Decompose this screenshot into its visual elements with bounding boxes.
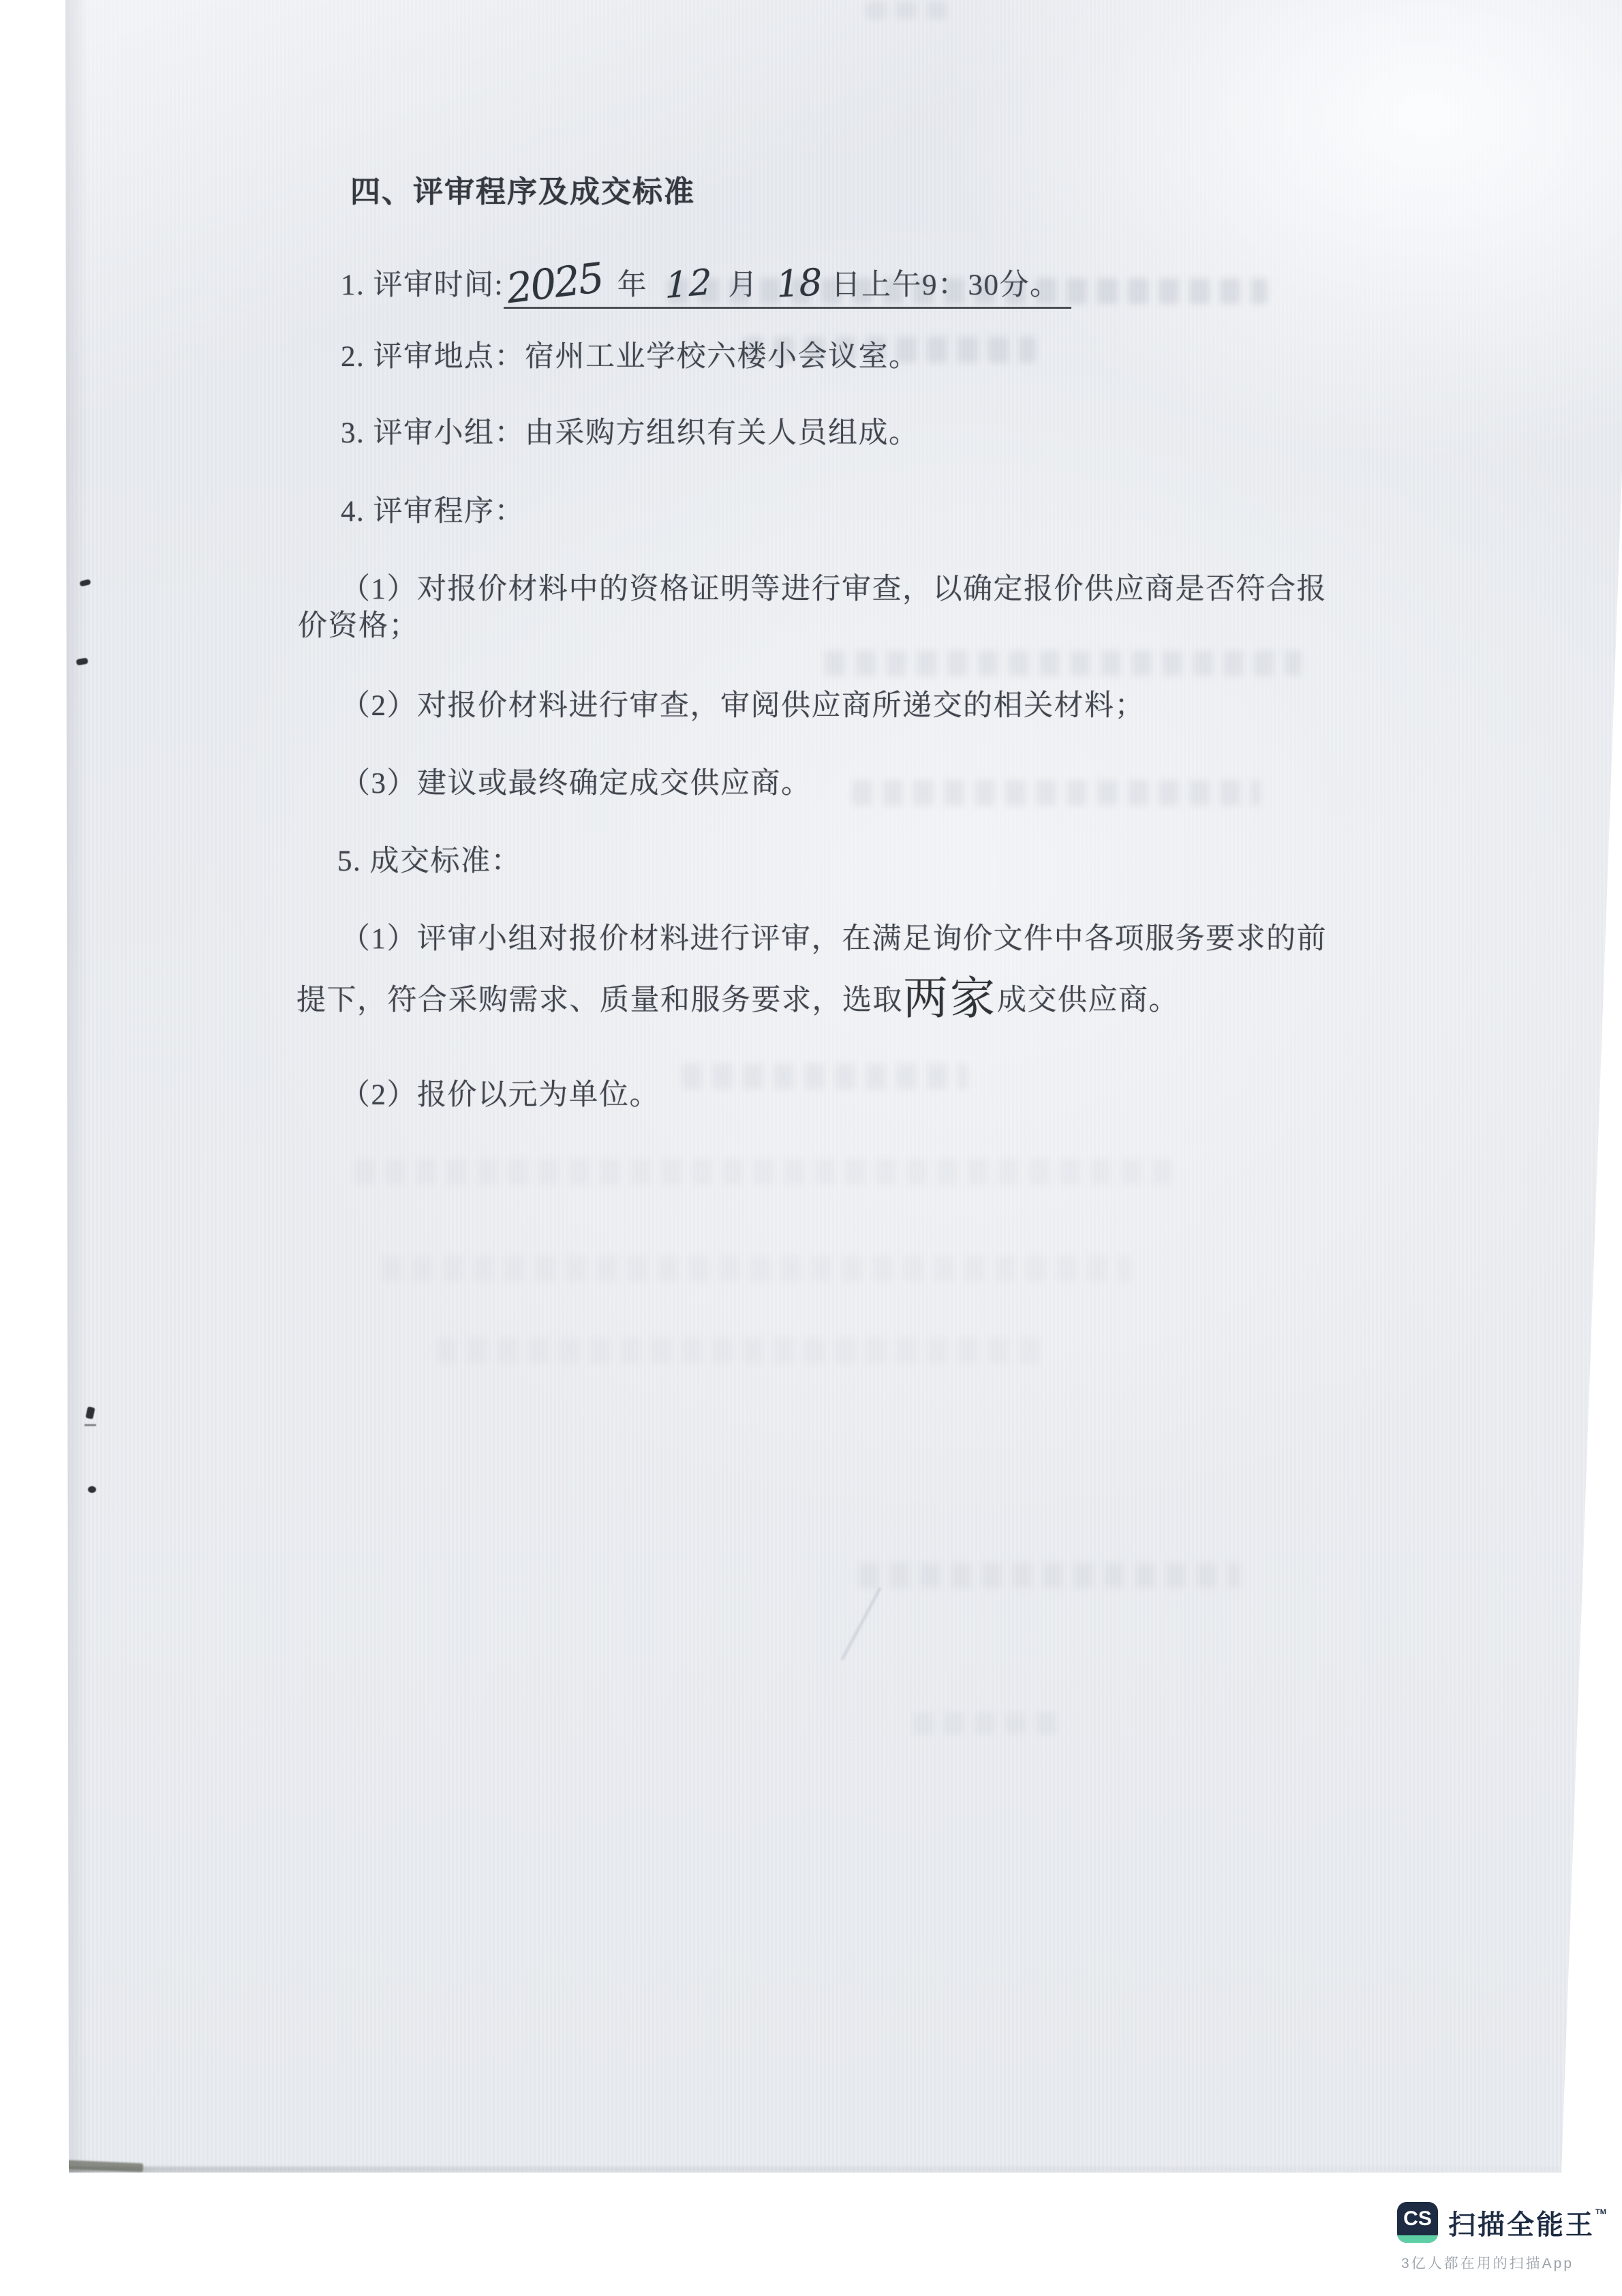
- criteria-1-line-1: （1）评审小组对报价材料进行评审，在满足询价文件中各项服务要求的前: [341, 922, 1327, 957]
- month-unit: 月: [728, 269, 759, 301]
- ink-speck: [88, 1486, 96, 1493]
- year-unit: 年: [617, 269, 648, 301]
- camscanner-brand-name: 扫描全能王TM: [1448, 2203, 1606, 2242]
- camscanner-watermark: CS 扫描全能王TM 3亿人都在用的扫描App: [1397, 2202, 1602, 2273]
- handwritten-month: 12: [665, 265, 714, 304]
- bleed-through-ghost: [852, 780, 1261, 806]
- camscanner-logo-accent-strip: [1397, 2235, 1438, 2243]
- item-review-time: 1. 评审时间:2025年12月18日上午9：30分。: [341, 260, 1071, 309]
- handwritten-year: 2025: [504, 258, 605, 310]
- procedure-step-2: （2）对报价材料进行审查，审阅供应商所递交的相关材料；: [341, 689, 1145, 724]
- document-page: 四、评审程序及成交标准 1. 评审时间:2025年12月18日上午9：30分。 …: [0, 0, 1622, 2296]
- criteria-supplier-count-emphasis: 两家: [903, 974, 997, 1024]
- camscanner-logo-icon: CS: [1397, 2202, 1438, 2243]
- review-time-label: 1. 评审时间:: [341, 269, 504, 301]
- paper-bottom-edge-shadow: [68, 2166, 1561, 2173]
- criteria-1-line-2: 提下，符合采购需求、质量和服务要求，选取两家成交供应商。: [296, 983, 1179, 1018]
- bleed-through-ghost: [354, 1159, 1172, 1185]
- bleed-through-ghost: [825, 650, 1302, 676]
- camscanner-logo-letters: CS: [1397, 2203, 1438, 2235]
- ink-speck: [79, 579, 91, 587]
- bleed-through-ghost: [913, 1712, 1063, 1734]
- criteria-2: （2）报价以元为单位。: [341, 1078, 660, 1113]
- bleed-through-ghost: [436, 1338, 1050, 1363]
- bleed-through-ghost: [866, 1, 954, 19]
- ink-speck: [85, 1406, 95, 1419]
- paper-left-edge-shade: [65, 0, 89, 2173]
- ink-speck: [85, 1424, 96, 1426]
- paper-crease: [841, 1587, 881, 1660]
- ink-speck: [76, 658, 88, 666]
- handwritten-day: 18: [775, 264, 822, 303]
- item-award-criteria: 5. 成交标准：: [337, 844, 521, 879]
- review-time-suffix: 日上午9：30分。: [831, 269, 1060, 301]
- section-heading: 四、评审程序及成交标准: [350, 175, 695, 211]
- trademark-symbol: TM: [1595, 2208, 1606, 2216]
- bleed-through-ghost: [682, 1063, 968, 1089]
- criteria-1-line-2-post: 成交供应商。: [997, 984, 1179, 1016]
- criteria-1-line-2-pre: 提下，符合采购需求、质量和服务要求，选取: [296, 984, 903, 1016]
- item-review-procedure: 4. 评审程序：: [341, 494, 525, 530]
- procedure-step-1-line-2: 价资格；: [298, 609, 419, 644]
- item-review-location: 2. 评审地点：宿州工业学校六楼小会议室。: [341, 339, 919, 375]
- procedure-step-1-line-1: （1）对报价材料中的资格证明等进行审查，以确定报价供应商是否符合报: [341, 572, 1327, 607]
- item-review-panel: 3. 评审小组：由采购方组织有关人员组成。: [341, 416, 919, 451]
- bleed-through-ghost: [859, 1562, 1240, 1588]
- bleed-through-ghost: [382, 1256, 1131, 1282]
- review-time-filled-blank: 2025年12月18日上午9：30分。: [504, 260, 1071, 309]
- camscanner-tagline: 3亿人都在用的扫描App: [1401, 2252, 1602, 2273]
- procedure-step-3: （3）建议或最终确定成交供应商。: [341, 766, 812, 802]
